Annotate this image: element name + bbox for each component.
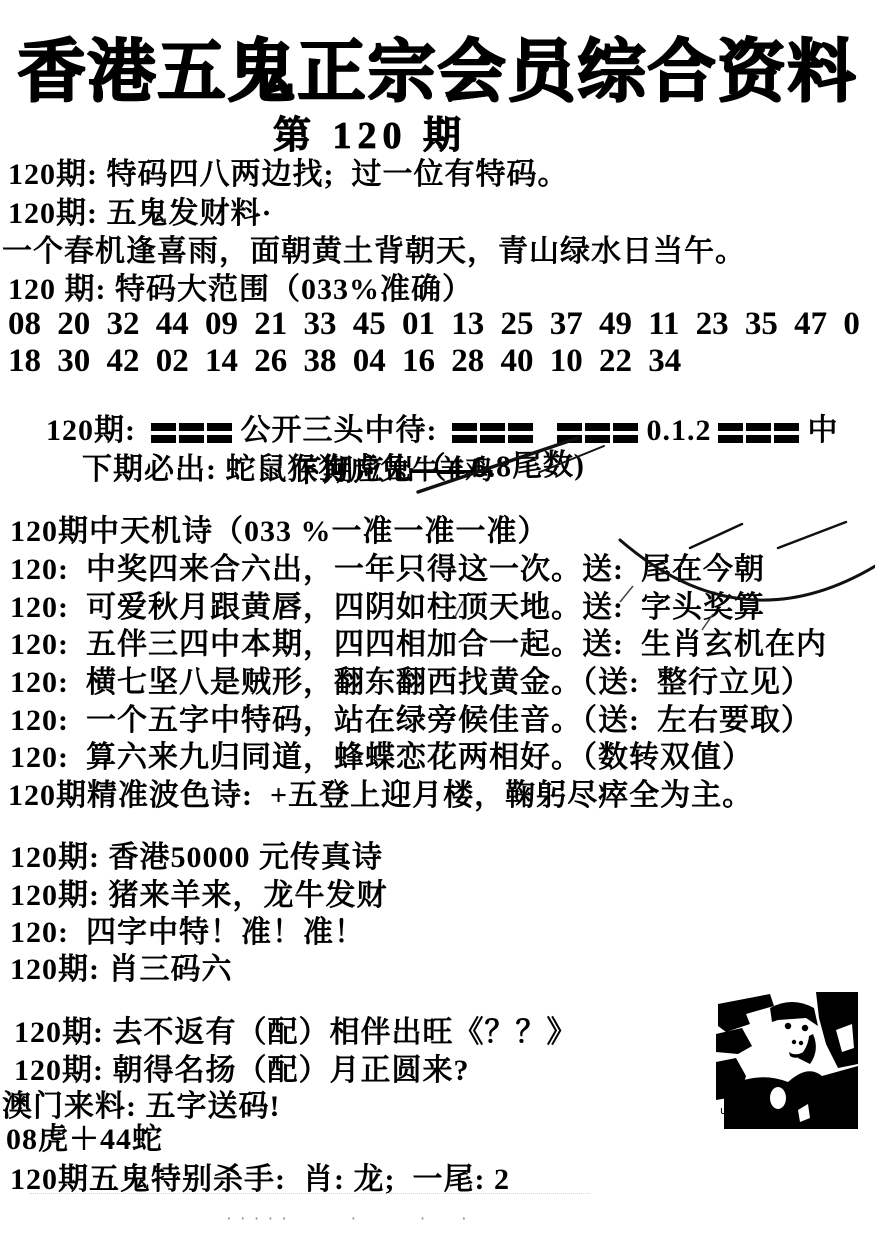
zodiac-must-label: 下期必出: xyxy=(82,453,226,486)
scan-speck-line xyxy=(30,1193,590,1194)
fax-line-4: 120期: 肖三码六 xyxy=(10,953,233,988)
tianji-poem-6: 120: 算六来九归同道，蜂蝶恋花两相好。（数转双值） xyxy=(10,741,753,776)
pairing-line-2: 120期: 朝得名扬（配）月正圆来? xyxy=(14,1054,470,1089)
bose-poem-line: 120期精准波色诗: +五登上迎月楼，鞠躬尽瘁全为主。 xyxy=(8,779,753,814)
fax-line-1: 120期: 香港50000 元传真诗 xyxy=(10,841,383,876)
tianji-poem-1: 120: 中奖四来合六出，一年只得这一次。送: 尾在今朝 xyxy=(10,553,765,588)
tianji-header: 120期中天机诗（033 %一准一准一准） xyxy=(10,515,549,550)
portrait-photo-image: u. xyxy=(716,992,858,1129)
tianji-poem-4: 120: 横七坚八是贼形，翻东翻西找黄金。（送: 整行立见） xyxy=(10,666,812,701)
redaction-blocks-3 xyxy=(557,414,641,449)
portrait-photo: u. xyxy=(716,992,858,1129)
tip-line-2: 120期: 五鬼发财料· xyxy=(8,197,273,232)
redacted-line-suffix: 中 xyxy=(808,414,839,447)
numbers-row-1: 08 20 32 44 09 21 33 45 01 13 25 37 49 1… xyxy=(8,306,860,344)
page-title: 香港五鬼正宗会员综合资料 xyxy=(0,18,875,115)
svg-text:u.: u. xyxy=(720,1104,730,1117)
issue-number: 第 120 期 xyxy=(0,104,740,159)
fax-line-2: 120期: 猪来羊来，龙牛发财 xyxy=(10,879,388,914)
tip-line-3: 一个春机逢喜雨，面朝黄土背朝天，青山绿水日当午。 xyxy=(2,235,746,270)
tianji-poem-2: 120: 可爱秋月跟黄唇，四阴如柱顶天地。送: 字头奖算 xyxy=(10,591,765,626)
tip-line-4: 120 期: 特码大范围（033%准确） xyxy=(8,273,473,308)
fax-line-3: 120: 四字中特！准！准！ xyxy=(10,916,365,951)
redacted-line-digits: 0.1.2 xyxy=(647,414,712,447)
pairing-line-1: 120期: 去不返有（配）相伴出旺《？？》 xyxy=(14,1016,578,1051)
tianji-poem-5: 120: 一个五字中特码，站在绿旁候佳音。（送: 左右要取） xyxy=(10,704,812,739)
scan-artifact-dots: ····· · · · xyxy=(225,1212,555,1227)
tip-line-1: 120期: 特码四八两边找; 过一位有特码。 xyxy=(8,158,568,193)
macau-line: 澳门来料: 五字送码! xyxy=(2,1090,280,1125)
code-line: 08虎＋44蛇 xyxy=(6,1123,163,1158)
tianji-poem-3: 120: 五伴三四中本期，四四相加合一起。送: 生肖玄机在内 xyxy=(10,628,827,663)
numbers-row-2: 18 30 42 02 14 26 38 04 16 28 40 10 22 3… xyxy=(8,343,681,381)
scanned-lottery-sheet: 香港五鬼正宗会员综合资料 第 120 期 120期: 特码四八两边找; 过一位有… xyxy=(0,0,875,1238)
redaction-blocks-4 xyxy=(718,414,802,449)
